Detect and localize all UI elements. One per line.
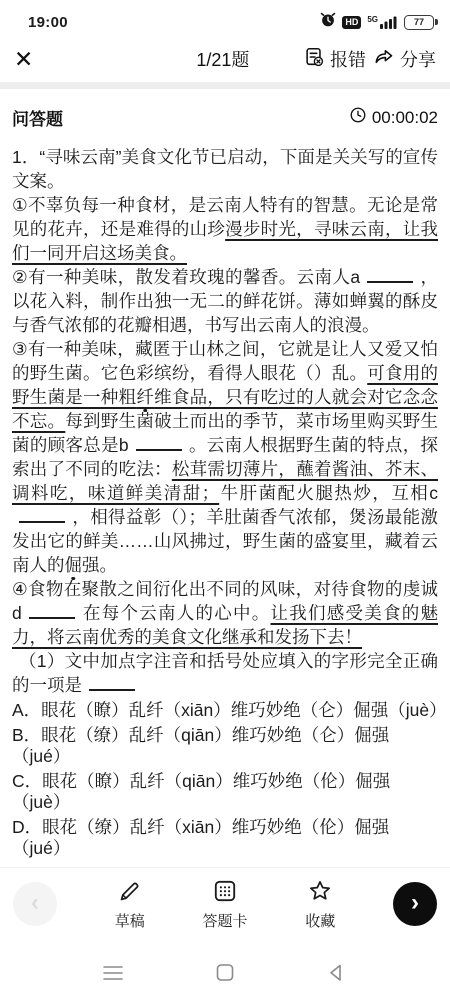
question-text: 1．“寻味云南”美食文化节已启动，下面是关关写的宣传文案。①不辜负每一种食材，是… (12, 145, 438, 697)
option-row: B．眼花（缭）乱纤（qiān）维巧妙绝（仑）倔强（jué） (12, 725, 438, 768)
prev-question-button[interactable]: ‹ (13, 882, 57, 926)
question-paragraph: ①不辜负每一种食材，是云南人特有的智慧。无论是常见的花卉，还是难得的山珍漫步时光… (12, 193, 438, 265)
answer-blank (367, 270, 413, 283)
question-type-label: 问答题 (12, 105, 63, 130)
question-paragraph: ②有一种美味，散发着玫瑰的馨香。云南人a，以花入料，制作出独一无二的鲜花饼。薄如… (12, 265, 438, 337)
answer-blank (29, 606, 75, 619)
share-button[interactable]: 分享 (373, 46, 436, 73)
report-error-button[interactable]: 报错 (303, 46, 366, 73)
app-screen: 19:00 HD 5G 77 (0, 0, 450, 1006)
question-header: 问答题 00:00:02 (12, 105, 438, 130)
hd-badge: HD (342, 16, 361, 29)
android-nav-bar (0, 940, 450, 1006)
favorite-label: 收藏 (305, 910, 335, 931)
star-icon (307, 878, 333, 908)
battery-icon: 77 (404, 15, 434, 30)
alarm-icon (320, 12, 336, 32)
question-panel: 问答题 00:00:02 1．“寻味云南”美食文化节已启动，下面是关关写的宣传文… (0, 89, 450, 867)
text-segment: 倔 (65, 555, 83, 575)
back-icon[interactable] (325, 962, 349, 984)
recents-menu-icon[interactable] (101, 962, 125, 984)
question-progress: 1/21题 (196, 46, 249, 72)
answer-card-grid-icon (212, 878, 238, 908)
battery-percent: 77 (414, 17, 424, 27)
option-row: C．眼花（瞭）乱纤（qiān）维巧妙绝（伦）倔强（juè） (12, 771, 438, 814)
status-icons: HD 5G 77 (320, 12, 434, 32)
text-segment: （1）文中加点字注音和括号处应填入的字形完全正确的一项是 (12, 651, 438, 695)
close-button[interactable]: ✕ (14, 48, 33, 71)
status-bar: 19:00 HD 5G 77 (0, 0, 450, 36)
signal-5g-icon: 5G (367, 15, 398, 29)
bottom-toolbar: ‹ 草稿 答题卡 (0, 867, 450, 940)
option-row: A．眼花（瞭）乱纤（xiān）维巧妙绝（仑）倔强（juè） (12, 700, 438, 722)
report-error-icon (303, 46, 325, 73)
answer-blank (89, 678, 135, 691)
pencil-icon (117, 878, 143, 908)
text-segment: 牛肝菌配火腿热炒，互相c (219, 483, 438, 503)
clock-time: 19:00 (28, 14, 68, 31)
share-icon (373, 46, 395, 73)
option-row: D．眼花（缭）乱纤（xiān）维巧妙绝（伦）倔强（jué） (12, 817, 438, 860)
question-paragraph: ③有一种美味，藏匿于山林之间，它就是让人又爱又怕的野生菌。它色彩缤纷，看得人眼花… (12, 337, 438, 577)
answer-card-button[interactable]: 答题卡 (202, 878, 247, 931)
report-error-label: 报错 (330, 46, 366, 72)
chevron-right-icon: › (411, 891, 419, 915)
question-paragraph: ④食物在聚散之间衍化出不同的风味，对待食物的虔诚d在每个云南人的心中。让我们感受… (12, 577, 438, 649)
timer-text: 00:00:02 (372, 108, 438, 128)
chevron-left-icon: ‹ (31, 891, 39, 915)
answer-blank (136, 438, 182, 451)
answer-blank (19, 510, 65, 523)
divider (0, 82, 450, 89)
share-label: 分享 (400, 46, 436, 72)
text-segment: 在每个云南人的心中。 (82, 603, 271, 623)
nav-bar: ✕ 1/21题 报错 (0, 36, 450, 82)
text-segment: 强。 (82, 555, 117, 575)
question-paragraph: （1）文中加点字注音和括号处应填入的字形完全正确的一项是 (12, 649, 438, 697)
draft-label: 草稿 (115, 910, 145, 931)
text-segment: 纤 (136, 387, 154, 407)
draft-button[interactable]: 草稿 (115, 878, 145, 931)
timer: 00:00:02 (349, 106, 438, 129)
text-segment: 1．“寻味云南”美食文化节已启动，下面是关关写的宣传文案。 (12, 147, 438, 191)
timer-icon (349, 106, 367, 129)
home-icon[interactable] (213, 962, 237, 984)
question-paragraph: 1．“寻味云南”美食文化节已启动，下面是关关写的宣传文案。 (12, 145, 438, 193)
favorite-button[interactable]: 收藏 (305, 878, 335, 931)
options-list: A．眼花（瞭）乱纤（xiān）维巧妙绝（仑）倔强（juè）B．眼花（缭）乱纤（q… (12, 700, 438, 860)
text-segment: ②有一种美味，散发着玫瑰的馨香。云南人a (12, 267, 360, 287)
next-question-button[interactable]: › (393, 882, 437, 926)
network-type-label: 5G (367, 16, 378, 24)
answer-card-label: 答题卡 (202, 910, 247, 931)
